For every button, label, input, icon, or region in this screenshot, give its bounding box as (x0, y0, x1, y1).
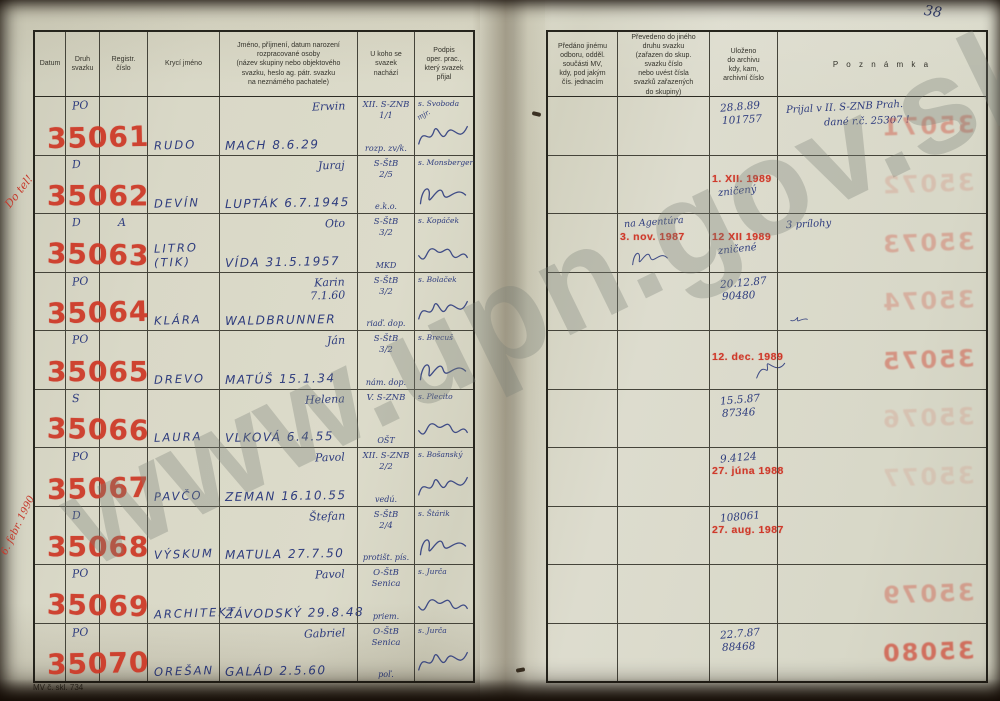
custody-note: poľ. (358, 670, 414, 679)
custody-note: rozp. zv/k. (358, 144, 414, 153)
kryci-line1: DEVÍN (154, 195, 200, 211)
kryci-jmeno-text: LITRO (TIK) (154, 241, 198, 269)
right-table-body: 28.8.89 101757 Prijal v II. S-ZNB Prah. … (548, 97, 986, 681)
first-name: Pavol (315, 450, 345, 464)
cell-kryci-jmeno: OREŠAN (147, 624, 219, 682)
cell-podpis: s. Brecuš (414, 331, 473, 389)
prevedeno-date-stamp: 3. nov. 1987 (620, 231, 685, 243)
cell-ulozeno: 1. XII. 1989 zničený (709, 156, 777, 214)
custody-unit: XII. S-ZNB (358, 451, 414, 461)
cell-jmeno-prijmeni: Helena VLKOVÁ 6.4.55 (219, 390, 357, 448)
kryci-jmeno-text: RUDO (154, 138, 196, 152)
cell-ulozeno (709, 565, 777, 623)
scan-bottom-shadow (0, 679, 1000, 701)
registration-number-stamp: 35067 (47, 470, 150, 505)
cell-prevedeno (617, 273, 709, 331)
cell-predano (548, 565, 617, 623)
kryci-line1: OREŠAN (154, 663, 215, 679)
cell-kryci-jmeno: VÝSKUM (147, 507, 219, 565)
register-row-right: 28.8.89 101757 Prijal v II. S-ZNB Prah. … (548, 97, 986, 155)
cell-podpis: s. Bolaček (414, 273, 473, 331)
custody-dept: 2/4 (358, 521, 414, 531)
cell-podpis: s. Kopáček (414, 214, 473, 272)
officer-name: s. Monsberger (418, 158, 473, 167)
custody-note: riaď. dop. (358, 319, 414, 328)
kryci-jmeno-text: PAVČO (154, 489, 203, 503)
custody-note: vedú. (358, 495, 414, 504)
druh-value: D (72, 216, 82, 230)
cell-u-koho: O-ŠtB Senica priem. (357, 565, 414, 623)
header-druh-svazku: Druh svazku (65, 32, 99, 96)
custody-dept: 3/2 (358, 228, 414, 238)
custody-dept: 1/1 (358, 111, 414, 121)
cell-poznamka: 35080 (777, 624, 986, 682)
bleed-through-number: 35075 (880, 344, 974, 375)
first-name: Helena (305, 392, 345, 406)
registration-number-stamp: 35069 (47, 587, 150, 622)
cell-ulozeno: 28.8.89 101757 (709, 97, 777, 155)
custody-note: e.k.o. (358, 202, 414, 211)
surname-birthdate: LUPTÁK 6.7.1945 (225, 195, 350, 211)
register-row-right: 1. XII. 1989 zničený 35072 (548, 155, 986, 214)
cell-predano (548, 507, 617, 565)
kryci-jmeno-text: LAURA (154, 430, 203, 444)
cell-predano (548, 390, 617, 448)
cell-podpis: s. Jurča (414, 565, 473, 623)
registration-number-stamp: 35068 (47, 530, 149, 563)
binding-gutter-shadow (472, 0, 552, 701)
register-row-right: na Agentúra 3. nov. 1987 12 XII 1989 zni… (548, 213, 986, 272)
right-table-header-row: Předáno jinému odboru, odděl. součásti M… (548, 32, 986, 97)
cell-podpis: s. Plecito (414, 390, 473, 448)
left-table-header-row: Datum Druh svazku Registr. číslo Krycí j… (35, 32, 473, 97)
registration-number-stamp: 35064 (47, 295, 150, 330)
custody-note: MKD (358, 261, 414, 270)
druh-value: S (72, 391, 80, 404)
custody-unit: XII. S-ZNB (358, 100, 414, 110)
cell-ulozeno: 22.7.87 88468 (709, 624, 777, 682)
custody-dept: 3/2 (358, 345, 414, 355)
druh-value: PO (72, 449, 89, 463)
custody-dept: Senica (358, 638, 414, 648)
custody-dept: 2/2 (358, 462, 414, 472)
registration-number-stamp: 35063 (47, 236, 150, 271)
kryci-jmeno-text: KLÁRA (154, 313, 202, 327)
custody-unit: S-ŠtB (358, 159, 414, 169)
custody-unit: S-ŠtB (358, 334, 414, 344)
druh-value: PO (72, 98, 89, 112)
ulozeno-number-hand: 101757 (722, 113, 763, 127)
cell-predano (548, 624, 617, 682)
register-row-right: 20.12.87 90480 35074 (548, 272, 986, 331)
officer-name: s. Kopáček (418, 216, 459, 225)
cell-prevedeno (617, 565, 709, 623)
cell-kryci-jmeno: LAURA (147, 390, 219, 448)
cell-ulozeno: 108061 27. aug. 1987 (709, 507, 777, 565)
cell-kryci-jmeno: ARCHITEKT (147, 565, 219, 623)
bleed-through-number: 35080 (880, 637, 974, 668)
cell-u-koho: S-ŠtB 3/2 MKD (357, 214, 414, 272)
cell-poznamka: Prijal v II. S-ZNB Prah. dané r.č. 25307… (777, 97, 986, 155)
cell-ulozeno: 12. dec. 1989 (709, 331, 777, 389)
bleed-through-number: 35073 (880, 227, 974, 258)
header-u-koho: U koho se svazek nachází (357, 32, 414, 96)
signature-scribble (417, 589, 469, 621)
signature-scribble (417, 647, 469, 679)
cell-predano (548, 448, 617, 506)
custody-dept: Senica (358, 579, 414, 589)
custody-note: OŠT (358, 436, 414, 445)
first-name: Erwin (311, 99, 345, 113)
custody-note: nám. dop. (358, 378, 414, 387)
signature-scribble (417, 238, 469, 270)
cell-jmeno-prijmeni: Pavol ZÁVODSKÝ 29.8.48 (219, 565, 357, 623)
cell-poznamka: 35079 (777, 565, 986, 623)
kryci-line2: (TIK) (154, 254, 198, 270)
cell-podpis: s. Štárik (414, 507, 473, 565)
header-jmeno-prijmeni: Jméno, příjmení, datum narození rozpraco… (219, 32, 357, 96)
cell-kryci-jmeno: DEVÍN (147, 156, 219, 214)
custody-unit: V. S-ZNB (358, 393, 414, 403)
officer-name: s. Bolaček (418, 275, 457, 284)
custody-dept: 3/2 (358, 287, 414, 297)
cell-prevedeno: na Agentúra 3. nov. 1987 (617, 214, 709, 272)
bleed-through-number: 35079 (880, 578, 974, 609)
left-table-body: PO RUDO Erwin MACH 8.6.29 XII. S-ZNB 1/1… (35, 97, 473, 681)
ulozeno-date-stamp: 12. dec. 1989 (712, 351, 783, 363)
cell-prevedeno (617, 624, 709, 682)
cell-prevedeno (617, 156, 709, 214)
cell-poznamka: 35074 (777, 273, 986, 331)
cell-kryci-jmeno: PAVČO (147, 448, 219, 506)
cell-poznamka (777, 507, 986, 565)
right-register-table: Předáno jinému odboru, odděl. součásti M… (546, 30, 988, 683)
cell-predano (548, 273, 617, 331)
register-row-left: PO OREŠAN Gabriel GALÁD 2.5.60 O-ŠtB Sen… (35, 623, 473, 682)
registration-number-stamp: 35062 (47, 179, 149, 212)
signature-scribble (417, 296, 469, 328)
cell-prevedeno (617, 390, 709, 448)
ulozeno-date-stamp: 27. aug. 1987 (712, 524, 784, 536)
bleed-through-number: 35076 (880, 403, 974, 434)
ulozeno-note-hand: zničený (718, 184, 757, 199)
signature-scribble (417, 530, 469, 562)
register-row-right: 12. dec. 1989 35075 (548, 330, 986, 389)
cell-poznamka: 3 prílohy 35073 (777, 214, 986, 272)
officer-name: s. Bošanský (418, 450, 462, 459)
custody-note: priem. (358, 612, 414, 621)
register-row-left: PO ARCHITEKT Pavol ZÁVODSKÝ 29.8.48 O-Št… (35, 564, 473, 623)
signature-scribble (417, 121, 469, 153)
cell-jmeno-prijmeni: Pavol ZEMAN 16.10.55 (219, 448, 357, 506)
officer-name: s. Štárik (418, 509, 450, 518)
header-prevedeno: Převedeno do jiného druhu svazku (zařaze… (617, 32, 709, 98)
cell-ulozeno: 9.4124 27. júna 1988 (709, 448, 777, 506)
cell-kryci-jmeno: DREVO (147, 331, 219, 389)
bleed-through-number: 35071 (880, 110, 974, 141)
cell-podpis: s. Monsberger (414, 156, 473, 214)
kryci-line1: PAVČO (154, 488, 203, 504)
kryci-jmeno-text: VÝSKUM (154, 547, 214, 561)
officer-name: s. Jurča (418, 567, 447, 576)
surname-birthdate: ZÁVODSKÝ 29.8.48 (225, 604, 364, 620)
kryci-line1: DREVO (154, 371, 205, 387)
register-row-left: D A LITRO (TIK) Oto VÍDA 31.5.1957 S-ŠtB… (35, 213, 473, 272)
register-row-left: D VÝSKUM Štefan MATULA 27.7.50 S-ŠtB 2/4… (35, 506, 473, 565)
ulozeno-number-hand: 88468 (722, 640, 756, 654)
cell-prevedeno (617, 331, 709, 389)
kryci-line1: RUDO (154, 137, 197, 152)
ulozeno-number-hand: 87346 (722, 406, 756, 420)
kryci-jmeno-text: OREŠAN (154, 664, 214, 678)
surname-birthdate: GALÁD 2.5.60 (225, 663, 327, 679)
cell-predano (548, 331, 617, 389)
surname-birthdate: MATÚŠ 15.1.34 (225, 371, 336, 387)
druh-value: PO (72, 332, 89, 346)
custody-unit: O-ŠtB (358, 568, 414, 578)
cell-u-koho: S-ŠtB 3/2 nám. dop. (357, 331, 414, 389)
prevedeno-signature (620, 246, 680, 270)
kryci-line1: VÝSKUM (154, 546, 214, 562)
cell-u-koho: XII. S-ZNB 1/1 rozp. zv/k. (357, 97, 414, 155)
header-ulozeno: Uloženo do archivu kdy, kam, archivní čí… (709, 32, 777, 98)
surname-birthdate: WALDBRUNNER (225, 312, 336, 328)
custody-unit: S-ŠtB (358, 276, 414, 286)
surname-birthdate: VÍDA 31.5.1957 (225, 253, 340, 269)
officer-name: s. Brecuš (418, 333, 453, 342)
kryci-line1: LITRO (154, 240, 198, 256)
bleed-through-number: 35074 (880, 286, 974, 317)
register-row-right: 35079 (548, 564, 986, 623)
druh-value: PO (72, 566, 89, 580)
register-row-left: PO RUDO Erwin MACH 8.6.29 XII. S-ZNB 1/1… (35, 97, 473, 155)
cell-jmeno-prijmeni: Gabriel GALÁD 2.5.60 (219, 624, 357, 682)
cell-prevedeno (617, 448, 709, 506)
druh-extra-mark: A (118, 216, 126, 229)
register-row-right: 108061 27. aug. 1987 (548, 506, 986, 565)
officer-name: s. Plecito (418, 392, 453, 401)
cell-predano (548, 156, 617, 214)
signature-scribble (417, 355, 469, 387)
first-name: Pavol (315, 567, 345, 581)
custody-note: protišt. pís. (358, 553, 414, 562)
header-poznamka: P o z n á m k a (777, 32, 986, 98)
custody-dept: 2/5 (358, 170, 414, 180)
register-row-left: D DEVÍN Juraj LUPTÁK 6.7.1945 S-ŠtB 2/5 … (35, 155, 473, 214)
cell-predano (548, 214, 617, 272)
surname-birthdate: MATULA 27.7.50 (225, 546, 345, 562)
poznamka-line1: 3 prílohy (786, 218, 832, 231)
bleed-through-number: 35072 (880, 169, 974, 200)
cell-ulozeno: 15.5.87 87346 (709, 390, 777, 448)
kryci-jmeno-text: DEVÍN (154, 196, 200, 210)
registration-number-stamp: 35066 (47, 412, 150, 447)
cell-jmeno-prijmeni: Karin 7.1.60 WALDBRUNNER (219, 273, 357, 331)
first-name: Karin 7.1.60 (310, 275, 346, 302)
cell-kryci-jmeno: KLÁRA (147, 273, 219, 331)
register-row-left: PO PAVČO Pavol ZEMAN 16.10.55 XII. S-ZNB… (35, 447, 473, 506)
register-row-right: 22.7.87 88468 35080 (548, 623, 986, 682)
register-row-left: PO KLÁRA Karin 7.1.60 WALDBRUNNER S-ŠtB … (35, 272, 473, 331)
cell-jmeno-prijmeni: Ján MATÚŠ 15.1.34 (219, 331, 357, 389)
officer-name: s. Svoboda (418, 99, 459, 108)
cell-jmeno-prijmeni: Štefan MATULA 27.7.50 (219, 507, 357, 565)
register-row-right: 15.5.87 87346 35076 (548, 389, 986, 448)
poznamka-scribble (786, 306, 820, 326)
cell-jmeno-prijmeni: Juraj LUPTÁK 6.7.1945 (219, 156, 357, 214)
kryci-line1: LAURA (154, 429, 203, 445)
signature-scribble (417, 413, 469, 445)
cell-prevedeno (617, 97, 709, 155)
cell-ulozeno: 12 XII 1989 zničené (709, 214, 777, 272)
header-registr-cislo: Registr. číslo (99, 32, 147, 96)
ulozeno-date-hand: 22.7.87 (720, 626, 761, 641)
ulozeno-date-hand: 20.12.87 (720, 274, 768, 290)
cell-podpis: s. Svoboda mjr. (414, 97, 473, 155)
cell-poznamka: 35072 (777, 156, 986, 214)
registration-number-stamp: 35061 (47, 119, 150, 154)
cell-podpis: s. Bošanský (414, 448, 473, 506)
first-name: Gabriel (304, 626, 346, 640)
scanned-registry-ledger: Datum Druh svazku Registr. číslo Krycí j… (0, 0, 1000, 701)
cell-poznamka: 35076 (777, 390, 986, 448)
ulozeno-note-hand: zničené (718, 242, 758, 257)
druh-value: PO (72, 274, 89, 288)
register-row-left: S LAURA Helena VLKOVÁ 6.4.55 V. S-ZNB OŠ… (35, 389, 473, 448)
ulozeno-date-hand: 9.4124 (720, 450, 758, 465)
kryci-line1: KLÁRA (154, 312, 202, 328)
header-predano: Předáno jinému odboru, odděl. součásti M… (548, 32, 617, 98)
custody-unit: O-ŠtB (358, 627, 414, 637)
kryci-jmeno-text: DREVO (154, 372, 205, 386)
register-row-right: 9.4124 27. júna 1988 35077 (548, 447, 986, 506)
ulozeno-date-stamp: 27. júna 1988 (712, 465, 784, 477)
cell-poznamka: 35075 (777, 331, 986, 389)
register-row-left: PO DREVO Ján MATÚŠ 15.1.34 S-ŠtB 3/2 nám… (35, 330, 473, 389)
signature-scribble (417, 179, 469, 211)
header-podpis: Podpis oper. prac., který svazek přijal (414, 32, 473, 96)
custody-unit: S-ŠtB (358, 510, 414, 520)
page-number: 38 (923, 3, 943, 21)
cell-u-koho: S-ŠtB 3/2 riaď. dop. (357, 273, 414, 331)
first-name: Ján (327, 334, 346, 348)
header-kryci-jmeno: Krycí jméno (147, 32, 219, 96)
registration-number-stamp: 35070 (47, 646, 150, 681)
cell-jmeno-prijmeni: Oto VÍDA 31.5.1957 (219, 214, 357, 272)
cell-kryci-jmeno: RUDO (147, 97, 219, 155)
druh-value: D (72, 508, 82, 522)
cell-u-koho: XII. S-ZNB 2/2 vedú. (357, 448, 414, 506)
cell-poznamka: 35077 (777, 448, 986, 506)
ulozeno-date-stamp: 1. XII. 1989 (712, 173, 772, 185)
cell-prevedeno (617, 507, 709, 565)
druh-value: D (72, 157, 82, 171)
ulozeno-number-hand: 90480 (722, 289, 756, 303)
registration-number-stamp: 35065 (47, 355, 149, 388)
cell-u-koho: S-ŠtB 2/5 e.k.o. (357, 156, 414, 214)
cell-jmeno-prijmeni: Erwin MACH 8.6.29 (219, 97, 357, 155)
druh-value: PO (72, 625, 89, 639)
cell-podpis: s. Jurča (414, 624, 473, 682)
signature-scribble (417, 472, 469, 504)
cell-u-koho: O-ŠtB Senica poľ. (357, 624, 414, 682)
cell-ulozeno: 20.12.87 90480 (709, 273, 777, 331)
cell-u-koho: V. S-ZNB OŠT (357, 390, 414, 448)
cell-u-koho: S-ŠtB 2/4 protišt. pís. (357, 507, 414, 565)
ulozeno-date-stamp: 12 XII 1989 (712, 231, 771, 243)
header-datum: Datum (35, 32, 65, 96)
surname-birthdate: MACH 8.6.29 (225, 137, 320, 153)
surname-birthdate: VLKOVÁ 6.4.55 (225, 429, 334, 445)
officer-name: s. Jurča (418, 626, 447, 635)
first-name: Juraj (318, 158, 345, 172)
bleed-through-number: 35077 (880, 461, 974, 492)
custody-unit: S-ŠtB (358, 217, 414, 227)
first-name: Oto (325, 217, 346, 231)
first-name: Štefan (309, 509, 346, 523)
surname-birthdate: ZEMAN 16.10.55 (225, 487, 347, 503)
ulozeno-date-hand: 15.5.87 (720, 392, 761, 407)
ulozeno-date-hand: 108061 (720, 509, 761, 524)
cell-predano (548, 97, 617, 155)
cell-kryci-jmeno: LITRO (TIK) (147, 214, 219, 272)
prevedeno-handwriting: na Agentúra (624, 215, 684, 230)
left-register-table: Datum Druh svazku Registr. číslo Krycí j… (33, 30, 475, 683)
